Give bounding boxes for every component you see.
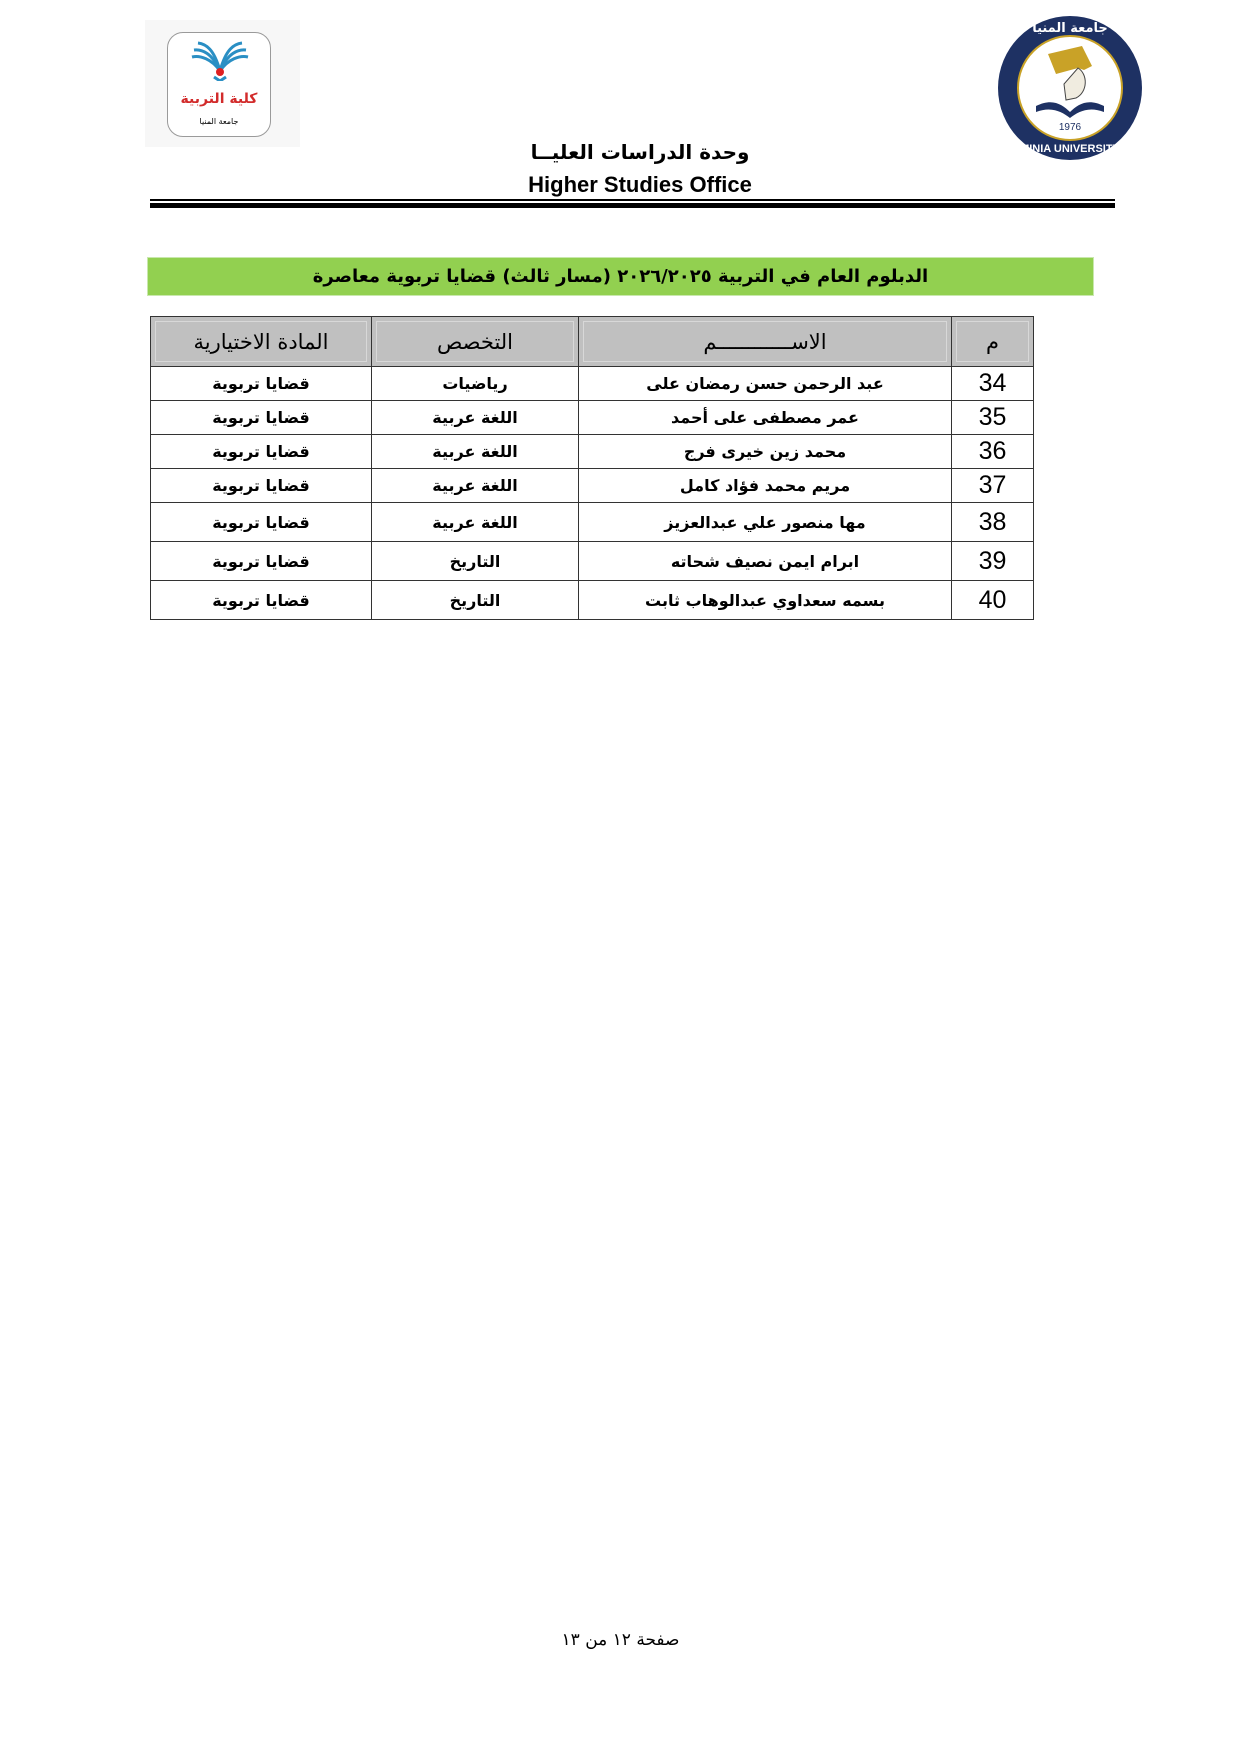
row-name: بسمه سعداوي عبدالوهاب ثابت	[579, 581, 952, 620]
office-title-arabic: وحدة الدراسات العليــا	[0, 140, 1241, 164]
office-title-english: Higher Studies Office	[0, 172, 1241, 198]
row-name: مها منصور علي عبدالعزيز	[579, 503, 952, 542]
table-row: 40 بسمه سعداوي عبدالوهاب ثابت التاريخ قض…	[151, 581, 1034, 620]
row-elective: قضايا تربوية	[151, 581, 372, 620]
table-row: 36 محمد زين خيرى فرج اللغة عربية قضايا ت…	[151, 435, 1034, 469]
faculty-of-education-logo: كلية التربية جامعة المنيا	[145, 20, 300, 147]
row-specialty: التاريخ	[372, 581, 579, 620]
university-name-small: جامعة المنيا	[168, 117, 270, 126]
row-num: 39	[952, 542, 1034, 581]
row-elective: قضايا تربوية	[151, 367, 372, 401]
table-header-row: م الاســــــــــــم التخصص المادة الاختي…	[151, 317, 1034, 367]
row-name: ابرام ايمن نصيف شحاته	[579, 542, 952, 581]
faculty-name: كلية التربية	[168, 91, 270, 107]
svg-text:1976: 1976	[1059, 122, 1082, 133]
row-elective: قضايا تربوية	[151, 435, 372, 469]
program-title-banner: الدبلوم العام في التربية ٢٠٢٦/٢٠٢٥ (مسار…	[147, 257, 1094, 296]
row-elective: قضايا تربوية	[151, 503, 372, 542]
row-num: 35	[952, 401, 1034, 435]
row-name: عبد الرحمن حسن رمضان على	[579, 367, 952, 401]
row-specialty: رياضيات	[372, 367, 579, 401]
row-elective: قضايا تربوية	[151, 401, 372, 435]
row-specialty: اللغة عربية	[372, 469, 579, 503]
table-row: 37 مريم محمد فؤاد كامل اللغة عربية قضايا…	[151, 469, 1034, 503]
row-num: 40	[952, 581, 1034, 620]
header-name: الاســــــــــــم	[579, 317, 952, 367]
row-specialty: اللغة عربية	[372, 401, 579, 435]
logo-card: كلية التربية جامعة المنيا	[167, 32, 271, 137]
row-specialty: اللغة عربية	[372, 503, 579, 542]
header-num: م	[952, 317, 1034, 367]
row-specialty: اللغة عربية	[372, 435, 579, 469]
row-num: 36	[952, 435, 1034, 469]
header-elective: المادة الاختيارية	[151, 317, 372, 367]
row-num: 37	[952, 469, 1034, 503]
row-num: 34	[952, 367, 1034, 401]
row-name: محمد زين خيرى فرج	[579, 435, 952, 469]
open-book-icon	[190, 41, 250, 81]
table-row: 38 مها منصور علي عبدالعزيز اللغة عربية ق…	[151, 503, 1034, 542]
header-divider-thin	[150, 199, 1115, 201]
table-row: 39 ابرام ايمن نصيف شحاته التاريخ قضايا ت…	[151, 542, 1034, 581]
header-divider-thick	[150, 203, 1115, 208]
row-name: مريم محمد فؤاد كامل	[579, 469, 952, 503]
row-num: 38	[952, 503, 1034, 542]
header-specialty: التخصص	[372, 317, 579, 367]
svg-text:جامعة المنيا: جامعة المنيا	[1032, 21, 1108, 36]
row-elective: قضايا تربوية	[151, 542, 372, 581]
page-number: صفحة ١٢ من ١٣	[0, 1630, 1241, 1650]
row-elective: قضايا تربوية	[151, 469, 372, 503]
row-name: عمر مصطفى على أحمد	[579, 401, 952, 435]
row-specialty: التاريخ	[372, 542, 579, 581]
table-row: 35 عمر مصطفى على أحمد اللغة عربية قضايا …	[151, 401, 1034, 435]
students-table: م الاســــــــــــم التخصص المادة الاختي…	[150, 316, 1034, 620]
table-row: 34 عبد الرحمن حسن رمضان على رياضيات قضاي…	[151, 367, 1034, 401]
